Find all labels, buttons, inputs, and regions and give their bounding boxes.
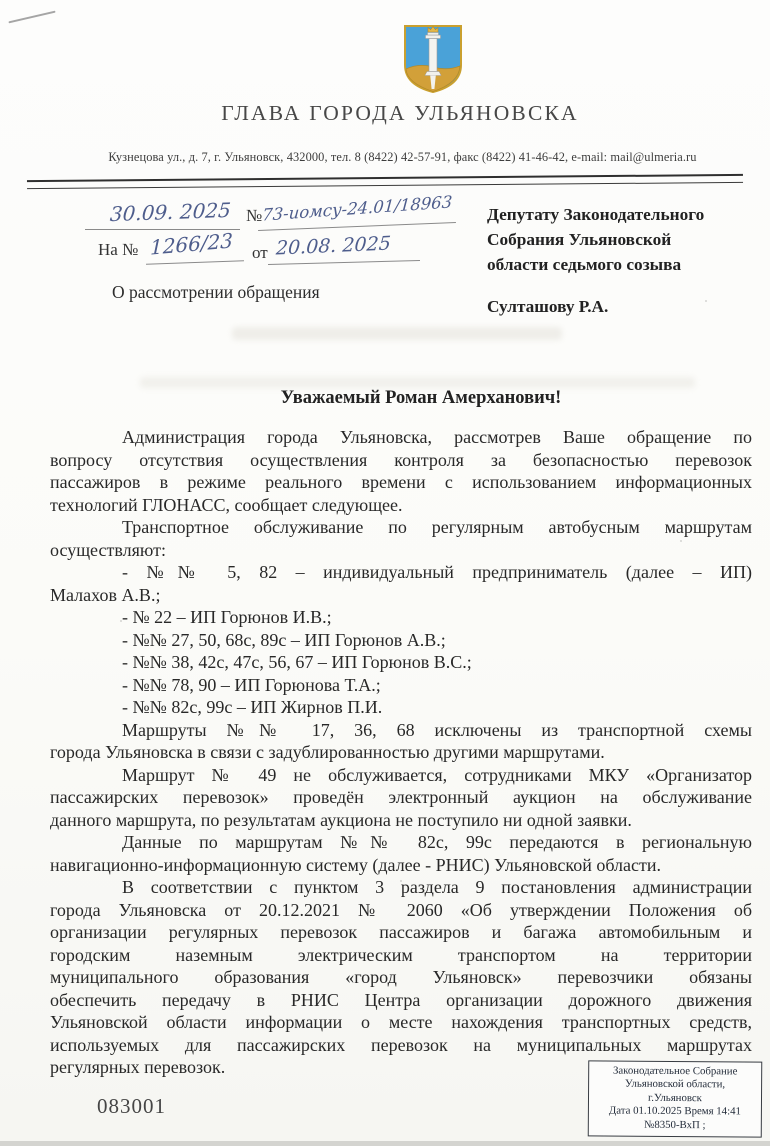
- letter-subject: О рассмотрении обращения: [112, 282, 320, 303]
- scan-speck: [705, 300, 707, 302]
- body-line: данного маршрута, по результатам аукцион…: [50, 809, 752, 832]
- letterhead-divider: [27, 174, 743, 189]
- scanned-letter-page: ГЛАВА ГОРОДА УЛЬЯНОВСКА Кузнецова ул., д…: [0, 0, 770, 1146]
- body-line: Администрация города Ульяновска, рассмот…: [50, 426, 752, 449]
- stamp-line: Ульяновской области,: [591, 1078, 759, 1093]
- body-line: осуществляют:: [50, 539, 752, 562]
- body-line: - №№ 82с, 99с – ИП Жирнов П.И.: [50, 696, 752, 719]
- recipient-line: Депутату Законодательного: [487, 202, 752, 227]
- recipient-block: Депутату Законодательного Собрания Ульян…: [487, 202, 752, 319]
- body-line: муниципального образования «город Ульяно…: [50, 966, 752, 989]
- registration-stamp: Законодательное Собрание Ульяновской обл…: [588, 1060, 763, 1137]
- stamp-line: №8350-ВхП ;: [591, 1118, 759, 1133]
- salutation: Уважаемый Роман Амерханович!: [70, 388, 770, 409]
- letter-body: Администрация города Ульяновска, рассмот…: [50, 426, 752, 1079]
- reply-date-handwritten: 20.08. 2025: [275, 232, 391, 259]
- body-line: В соответствии с пунктом 3 раздела 9 пос…: [50, 876, 752, 899]
- ink-bleed-smudge: [232, 327, 562, 340]
- body-line: обеспечить передачу в РНИС Центра органи…: [50, 989, 752, 1012]
- reply-to-label: На №: [98, 240, 138, 260]
- reply-date-label: от: [252, 243, 268, 263]
- body-line: вопросу отсутствия осуществления контрол…: [50, 449, 752, 472]
- letterhead-address: Кузнецова ул., д. 7, г. Ульяновск, 43200…: [35, 150, 770, 165]
- reply-number-underline: [146, 260, 244, 264]
- body-line: технологий ГЛОНАСС, сообщает следующее.: [50, 494, 752, 517]
- body-line: пассажирских перевозок» проведён электро…: [50, 786, 752, 809]
- body-line: Малахов А.В.;: [50, 584, 752, 607]
- body-line: Ульяновской области информации о месте н…: [50, 1011, 752, 1034]
- recipient-line: Собрания Ульяновской: [487, 227, 752, 252]
- stamp-line: Законодательное Собрание: [591, 1064, 759, 1079]
- body-line: города Ульяновска от 20.12.2021 № 2060 «…: [50, 899, 752, 922]
- recipient-name: Султашову Р.А.: [487, 294, 752, 319]
- stamp-line: Дата 01.10.2025 Время 14:41: [591, 1105, 759, 1120]
- body-line: - №№ 38, 42с, 47с, 56, 67 – ИП Горюнов В…: [50, 651, 752, 674]
- outgoing-date-handwritten: 30.09. 2025: [109, 198, 231, 226]
- reply-date-underline: [268, 260, 420, 265]
- number-underline: [258, 222, 456, 231]
- body-line: Маршруты №№ 17, 36, 68 исключены из тран…: [50, 719, 752, 742]
- body-line: используемых для пассажирских перевозок …: [50, 1034, 752, 1057]
- body-line: - №№ 27, 50, 68с, 89с – ИП Горюнов А.В.;: [50, 629, 752, 652]
- recipient-line: области седьмого созыва: [487, 252, 752, 277]
- outgoing-number-handwritten: 73-иомсу-24.01/18963: [262, 192, 453, 224]
- body-line: городским наземным электрическим транспо…: [50, 944, 752, 967]
- ulyanovsk-coat-of-arms-icon: [400, 23, 466, 95]
- body-line: навигационно-информационную систему (дал…: [50, 854, 752, 877]
- body-line: города Ульяновска в связи с задублирован…: [50, 741, 752, 764]
- body-line: Маршрут № 49 не обслуживается, сотрудник…: [50, 764, 752, 787]
- ink-bleed-smudge: [140, 377, 695, 388]
- pen-stroke-mark: [8, 11, 55, 24]
- number-label: №: [246, 206, 262, 226]
- body-line: пассажиров в режиме реального времени с …: [50, 471, 752, 494]
- body-line: Данные по маршрутам №№ 82с, 99с передают…: [50, 831, 752, 854]
- reply-number-handwritten: 1266/23: [150, 228, 233, 259]
- body-line: организации регулярных перевозок пассажи…: [50, 921, 752, 944]
- scan-edge: [0, 1141, 770, 1146]
- body-line: - №№ 5, 82 – индивидуальный предпринимат…: [50, 561, 752, 584]
- body-line: Транспортное обслуживание по регулярным …: [50, 516, 752, 539]
- stamp-line: г.Ульяновск: [591, 1091, 759, 1106]
- body-line: - № 22 – ИП Горюнов И.В.;: [50, 606, 752, 629]
- body-line: - №№ 78, 90 – ИП Горюнова Т.А.;: [50, 674, 752, 697]
- document-code: 083001: [97, 1094, 166, 1119]
- letterhead-title: ГЛАВА ГОРОДА УЛЬЯНОВСКА: [35, 101, 765, 126]
